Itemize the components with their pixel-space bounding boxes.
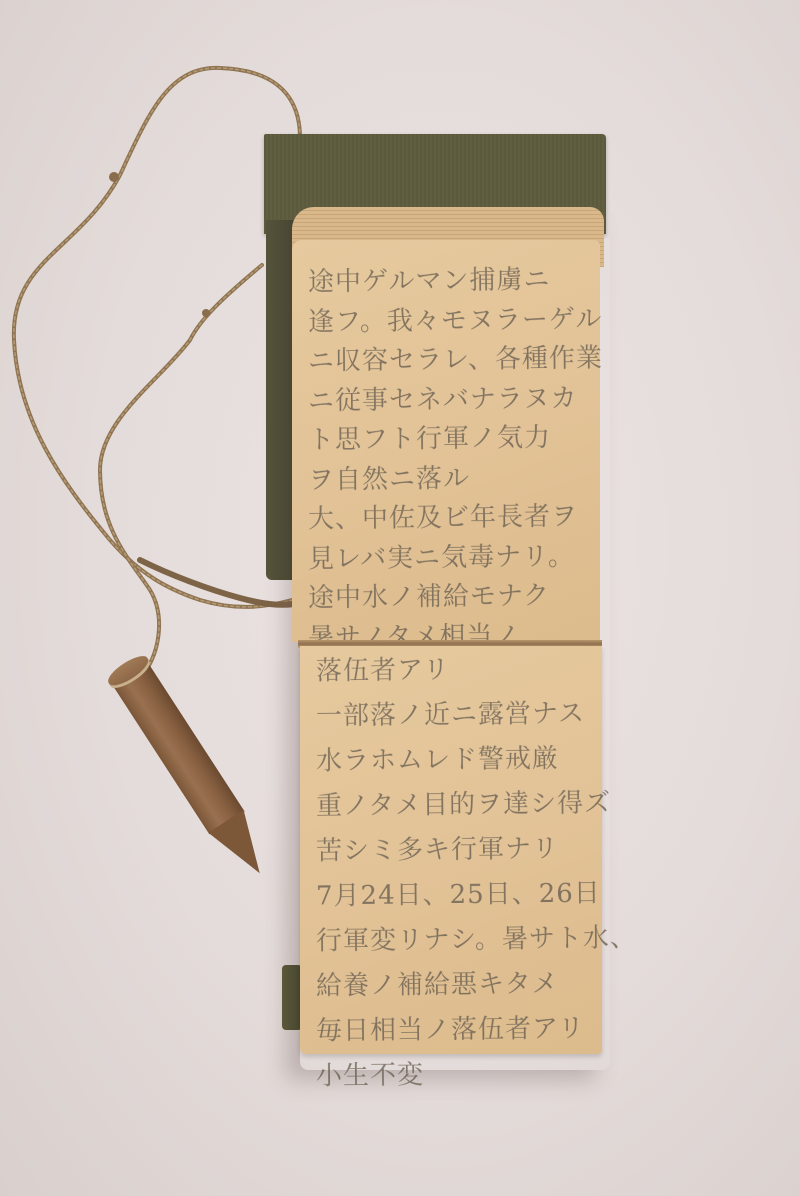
knot-1 [109, 172, 119, 182]
text-line: 水ラホムレド警戒厳 [316, 737, 592, 785]
text-line: ト思フト行軍ノ気力 [308, 419, 590, 461]
handwritten-text-top: 途中ゲルマン捕虜ニ 逢フ。我々モヌラーゲル ニ収容セラレ、各種作業 ニ従事セネバ… [308, 262, 590, 657]
text-line: 小生不変 [316, 1052, 592, 1100]
handwritten-text-bottom: 落伍者アリ 一部落ノ近ニ露営ナス 水ラホムレド警戒厳 重ノタメ目的ヲ達シ得ズ 苦… [316, 648, 592, 1098]
text-line: ニ従事セネバナラヌカ [308, 379, 590, 421]
text-line: ニ収容セラレ、各種作業 [308, 340, 590, 382]
text-line: 7月24日、25日、26日 [316, 872, 592, 920]
notebook-page-bottom: 落伍者アリ 一部落ノ近ニ露営ナス 水ラホムレド警戒厳 重ノタメ目的ヲ達シ得ズ 苦… [300, 646, 602, 1054]
text-line: 途中ゲルマン捕虜ニ [308, 261, 590, 303]
knot-2 [202, 309, 210, 317]
text-line: 給養ノ補給悪キタメ [316, 962, 592, 1010]
text-line: 苦シミ多キ行軍ナリ [316, 827, 592, 875]
text-line: 大、中佐及ビ年長者ヲ [308, 498, 590, 540]
text-line: ヲ自然ニ落ル [308, 458, 590, 500]
text-line: 見レバ実ニ気毒ナリ。 [308, 537, 590, 579]
cloth-cover-tab [282, 965, 302, 1030]
text-line: 行軍変リナシ。暑サト水、 [316, 917, 592, 965]
text-line: 途中水ノ補給モナク [308, 577, 590, 619]
text-line: 毎日相当ノ落伍者アリ [316, 1007, 592, 1055]
photograph: 途中ゲルマン捕虜ニ 逢フ。我々モヌラーゲル ニ収容セラレ、各種作業 ニ従事セネバ… [0, 0, 800, 1196]
text-line: 落伍者アリ [316, 647, 592, 695]
notebook-page-top: 途中ゲルマン捕虜ニ 逢フ。我々モヌラーゲル ニ収容セラレ、各種作業 ニ従事セネバ… [292, 240, 600, 642]
text-line: 重ノタメ目的ヲ達シ得ズ [316, 782, 592, 830]
text-line: 逢フ。我々モヌラーゲル [308, 300, 590, 342]
text-line: 一部落ノ近ニ露営ナス [316, 692, 592, 740]
